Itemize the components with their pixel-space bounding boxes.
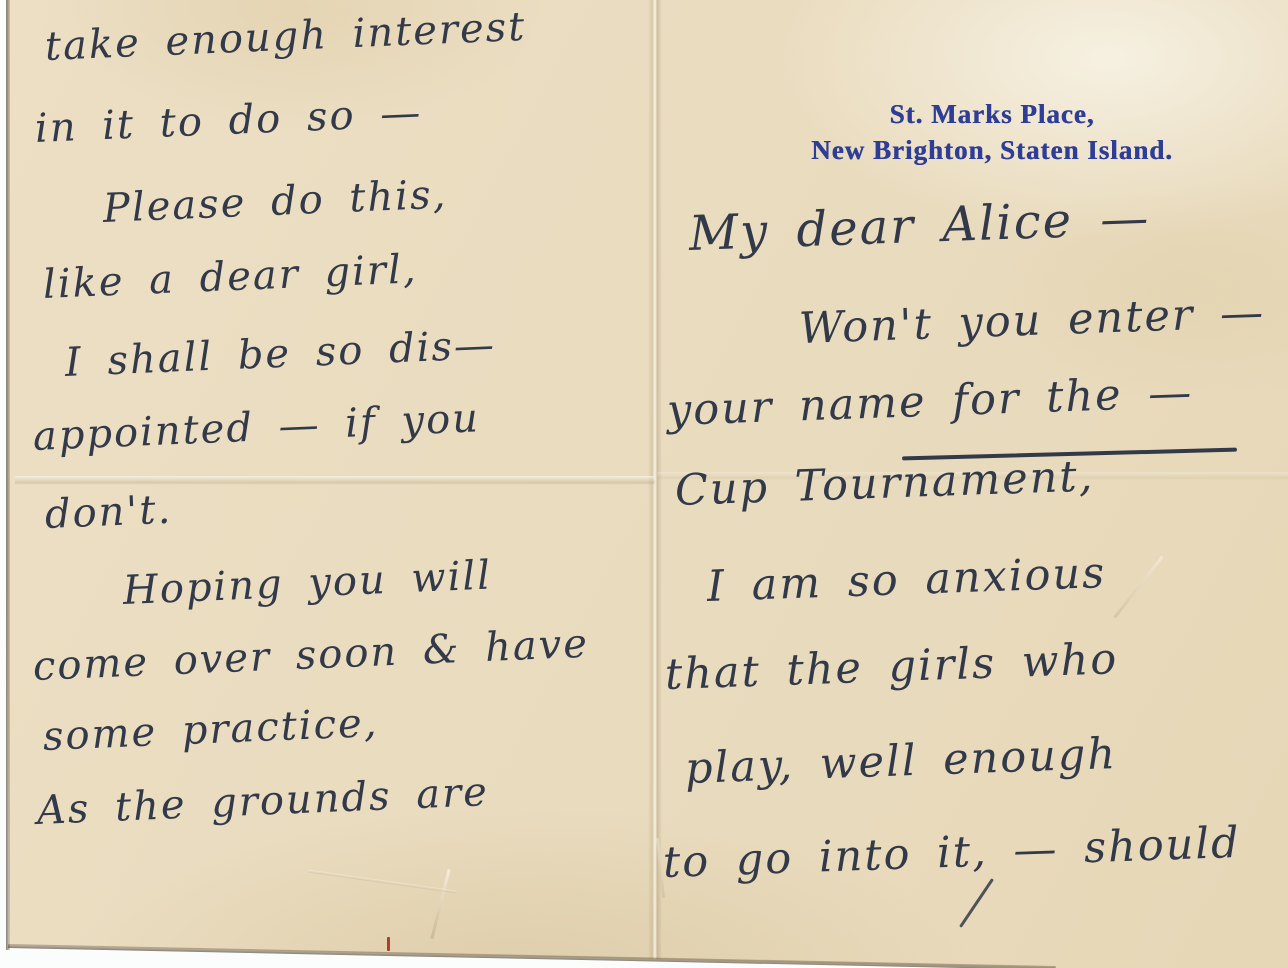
handwritten-line: in it to do so —	[34, 90, 423, 152]
handwritten-line: that the girls who	[664, 634, 1119, 700]
red-ink-mark	[387, 937, 390, 951]
handwritten-line: play, well enough	[684, 729, 1118, 794]
handwritten-line: to go into it, — should	[662, 818, 1241, 888]
handwritten-line: I shall be so dis—	[64, 322, 497, 386]
handwritten-line: appointed — if you	[32, 395, 481, 460]
paper-wrinkle	[430, 869, 450, 940]
handwritten-line: some practice,	[42, 700, 379, 760]
handwritten-line: Please do this,	[102, 172, 448, 232]
horizontal-crease-left	[15, 476, 655, 485]
handwritten-line: As the grounds are	[36, 769, 490, 834]
letter-paper: St. Marks Place, New Brighton, Staten Is…	[7, 0, 1288, 968]
handwritten-line: Won't you enter —	[798, 288, 1266, 354]
paper-left-edge	[6, 0, 10, 950]
handwritten-line: I am so anxious	[706, 548, 1107, 612]
paper-wrinkle	[1113, 555, 1163, 618]
pen-flourish-stroke	[959, 878, 994, 928]
handwritten-line: take enough interest	[44, 4, 527, 70]
handwritten-line: My dear Alice —	[688, 190, 1151, 262]
handwritten-line: your name for the —	[666, 368, 1194, 436]
handwritten-line: Cup Tournament,	[674, 451, 1095, 516]
handwritten-line: like a dear girl,	[42, 246, 418, 308]
letterhead-line1: St. Marks Place,	[752, 96, 1232, 132]
handwritten-line: Hoping you will	[122, 553, 493, 614]
paper-wrinkle	[308, 870, 457, 894]
handwritten-line: come over soon & have	[32, 621, 590, 690]
handwritten-line: don't.	[44, 487, 173, 538]
scanned-letter: St. Marks Place, New Brighton, Staten Is…	[0, 0, 1288, 968]
letterhead-line2: New Brighton, Staten Island.	[752, 132, 1232, 168]
letterhead: St. Marks Place, New Brighton, Staten Is…	[752, 96, 1232, 169]
